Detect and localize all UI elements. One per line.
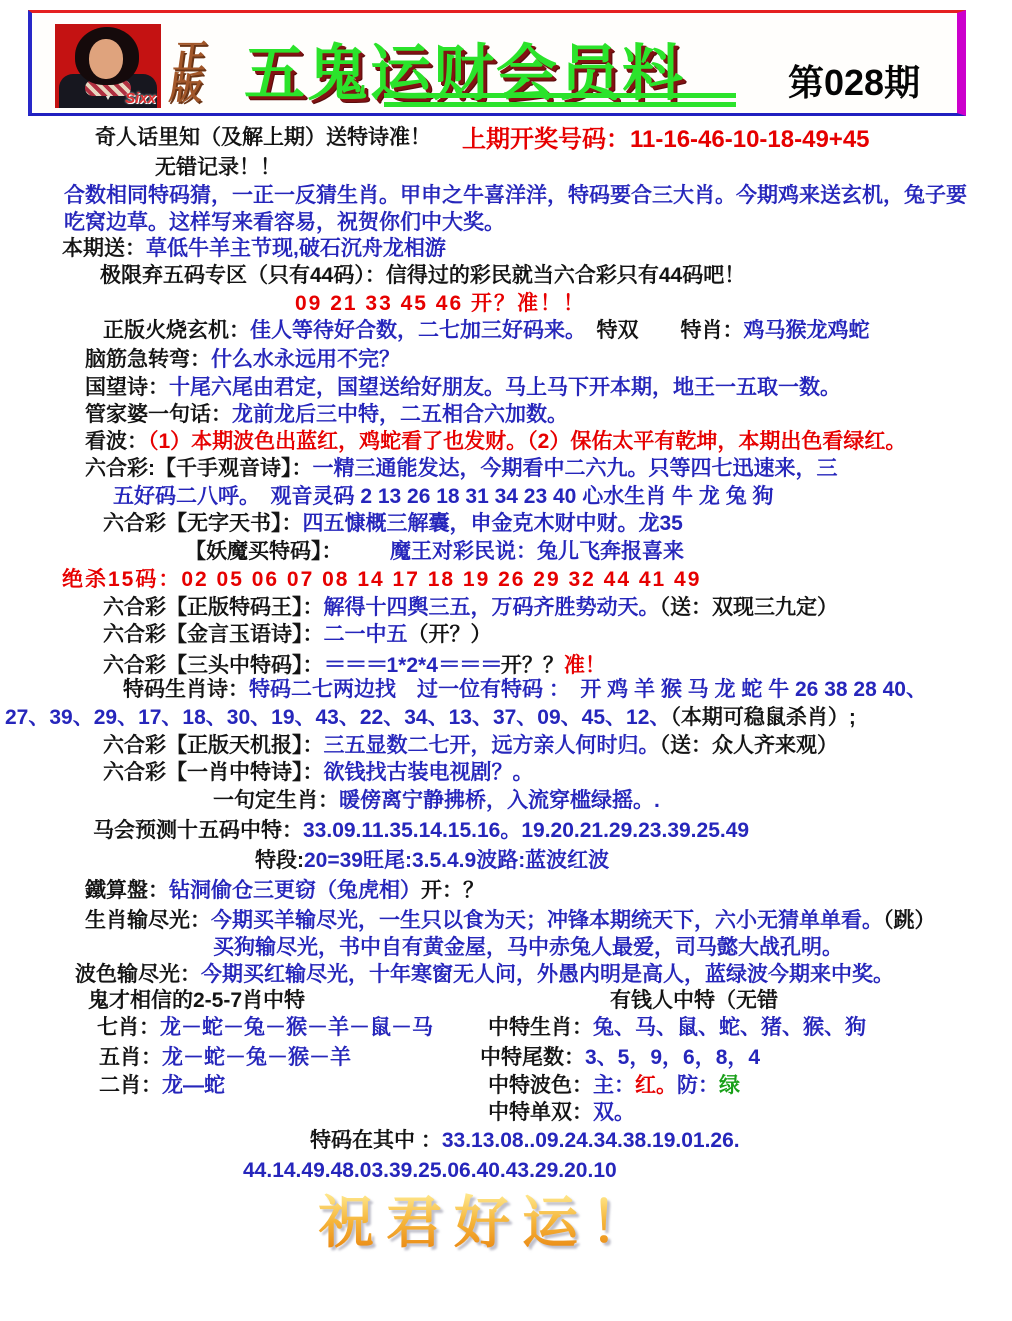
content-line: 绝杀15码：02 05 06 07 08 14 17 18 19 26 29 3… [0, 567, 1012, 595]
content-line: 五好码二八呼。 观音灵码 2 13 26 18 31 34 23 40 心水生肖… [0, 484, 1012, 511]
line-column: 六合彩【正版特码王】：解得十四舆三五，万码齐胜势动天。（送：双现三九定） [103, 595, 838, 621]
text-segment: 09 21 33 45 46 开？准！！ [295, 292, 586, 315]
text-segment: 二肖： [99, 1074, 162, 1097]
content-line: 祝君好运！ [0, 1190, 1012, 1290]
content-line: 脑筋急转弯：什么水永远用不完？ [0, 347, 1012, 375]
text-segment: （送：双现三九定） [660, 596, 839, 619]
text-segment: 中特单双： [488, 1101, 593, 1124]
text-segment: 六合彩【三头中特码】： [103, 654, 324, 677]
text-segment: 三五显数二七开，远方亲人何时归。 [324, 734, 660, 757]
text-segment: 【妖魔买特码】： [185, 540, 343, 563]
line-column: 绝杀15码：02 05 06 07 08 14 17 18 19 26 29 3… [62, 567, 701, 593]
content-line: 马会预测十五码中特：33.09.11.35.14.15.16。19.20.21.… [0, 818, 1012, 848]
text-segment: 开？？ [501, 654, 564, 677]
text-segment: 生肖输尽光： [85, 909, 211, 932]
line-column: 吃窝边草。这样写来看容易，祝贺你们中大奖。 [64, 210, 505, 236]
text-segment: 什么水永远用不完？ [211, 348, 400, 371]
line-column: 中特单双：双。 [488, 1100, 635, 1126]
line-column: 上期开奖号码：11-16-46-10-18-49+45 [462, 125, 870, 154]
text-segment: （送：众人齐来观） [660, 734, 839, 757]
title-underline [384, 93, 736, 98]
photo-watermark: Sixx [125, 90, 156, 107]
text-segment: 20=39旺尾:3.5.4.9波路:蓝波红波 [304, 849, 609, 872]
text-segment: 兔、马、鼠、蛇、猪、猴、狗 [593, 1016, 866, 1039]
text-segment: 开：？ [421, 879, 484, 902]
content-line: 27、39、29、17、18、30、19、43、22、34、13、37、09、4… [0, 705, 1012, 733]
text-segment: 33.09.11.35.14.15.16。19.20.21.29.23.39.2… [303, 819, 749, 842]
line-column: 09 21 33 45 46 开？准！！ [295, 291, 586, 317]
text-segment: 无错记录！！ [155, 156, 281, 179]
line-column: 一句定生肖：暖傍离宁静拂桥，入流穿槛绿摇。. [213, 788, 660, 814]
text-segment: 龙－蛇－兔－猴－羊 [162, 1046, 351, 1069]
text-segment: （跳） [883, 909, 936, 932]
text-segment: 今期买红输尽光，十年寒窗无人问，外愚内明是高人，蓝绿波今期来中奖。 [201, 963, 894, 986]
content-line: 特段:20=39旺尾:3.5.4.9波路:蓝波红波 [0, 848, 1012, 878]
text-segment: 买狗输尽光，书中自有黄金屋，马中赤兔人最爱，司马懿大战孔明。 [213, 936, 843, 959]
line-column: 看波：（1）本期波色出蓝红，鸡蛇看了也发财。（2）保佑太平有乾坤，本期出色看绿红… [85, 429, 906, 455]
text-segment: 六合彩【无字天书】： [103, 512, 303, 535]
content-line: 二肖：龙—蛇中特波色：主：红。防：绿 [0, 1073, 1012, 1100]
line-column: 特码在其中 ：33.13.08..09.24.34.38.19.01.26. [310, 1128, 740, 1154]
text-segment: 波色输尽光： [75, 963, 201, 986]
text-segment: 奇人话里知（及解上期）送特诗准！ [95, 126, 431, 149]
text-segment: （开？） [408, 623, 492, 646]
content-line: 六合彩【一肖中特诗】：欲钱找古装电视剧？。 [0, 760, 1012, 788]
line-column: 中特尾数：3、5，9，6，8，4 [480, 1045, 760, 1071]
text-segment: 一精三通能发达，今期看中二六九。只等四七迅速来，三 [313, 457, 838, 480]
text-segment: 今期买羊输尽光，一生只以食为天；冲锋本期统天下，六小无猜单单看。 [211, 909, 883, 932]
text-segment: （本期可稳鼠杀肖）; [670, 706, 856, 729]
title-underline [384, 102, 736, 107]
text-segment: 防： [677, 1074, 719, 1097]
line-column: 买狗输尽光，书中自有黄金屋，马中赤兔人最爱，司马懿大战孔明。 [213, 935, 843, 961]
text-segment: 红。 [635, 1074, 677, 1097]
text-segment: 特段: [255, 849, 304, 872]
text-segment: 国望诗： [85, 376, 169, 399]
content-line: 吃窝边草。这样写来看容易，祝贺你们中大奖。 [0, 210, 1012, 236]
line-column: 魔王对彩民说：兔儿飞奔报喜来 [390, 539, 684, 565]
text-segment: 绿 [719, 1074, 740, 1097]
host-photo: Sixx [55, 24, 161, 108]
line-column: 27、39、29、17、18、30、19、43、22、34、13、37、09、4… [5, 705, 856, 731]
line-column: 马会预测十五码中特：33.09.11.35.14.15.16。19.20.21.… [93, 818, 749, 844]
text-segment: 解得十四舆三五，万码齐胜势动天。 [324, 596, 660, 619]
line-column: 国望诗：十尾六尾由君定，国望送给好朋友。马上马下开本期，地王一五取一数。 [85, 375, 841, 401]
text-segment: 四五慷概三解囊，申金克木财中财。龙35 [303, 512, 683, 535]
authenticity-stamp: 正版 [168, 41, 217, 103]
text-segment: 五肖： [99, 1046, 162, 1069]
text-segment: 鬼才相信的2-5-7肖中特 [88, 989, 305, 1012]
content-line: 极限弃五码专区（只有44码）：信得过的彩民就当六合彩只有44码吧！ [0, 263, 1012, 291]
text-segment: 欲钱找古装电视剧？。 [324, 761, 534, 784]
line-column: 二肖：龙—蛇 [99, 1073, 225, 1099]
content-line: 【妖魔买特码】：魔王对彩民说：兔儿飞奔报喜来 [0, 539, 1012, 567]
text-segment: 绝杀15码：02 05 06 07 08 14 17 18 19 26 29 3… [62, 568, 701, 591]
text-segment: 鐵算盤： [85, 879, 169, 902]
content-lines: 奇人话里知（及解上期）送特诗准！上期开奖号码：11-16-46-10-18-49… [0, 125, 1012, 1290]
content-line: 管家婆一句话：龙前龙后三中特，二五相合六加数。 [0, 402, 1012, 429]
text-segment: 钻洞偷仓三更窃（兔虎相） [169, 879, 421, 902]
text-segment: 主： [593, 1074, 635, 1097]
text-segment: ＝＝＝ [438, 651, 501, 677]
photo-face [89, 39, 123, 79]
page-title: 五鬼运财会员料 [244, 25, 685, 112]
content-line: 六合彩:【千手观音诗】：一精三通能发达，今期看中二六九。只等四七迅速来，三 [0, 456, 1012, 484]
text-segment: 特双 特肖： [576, 319, 744, 342]
text-segment: 正版火烧玄机： [103, 319, 250, 342]
text-segment: 六合彩【一肖中特诗】： [103, 761, 324, 784]
text-segment: 3、5，9，6，8，4 [585, 1046, 760, 1069]
text-segment: 脑筋急转弯： [85, 348, 211, 371]
text-segment: 极限弃五码专区（只有44码）：信得过的彩民就当六合彩只有44码吧！ [100, 264, 745, 287]
text-segment: 中特波色： [488, 1074, 593, 1097]
content-line: 六合彩【金言玉语诗】：二一中五（开？） [0, 622, 1012, 650]
line-column: 中特波色：主：红。防：绿 [488, 1073, 740, 1099]
line-column: 无错记录！！ [155, 155, 281, 181]
line-column: 鬼才相信的2-5-7肖中特 [88, 988, 305, 1014]
content-line: 国望诗：十尾六尾由君定，国望送给好朋友。马上马下开本期，地王一五取一数。 [0, 375, 1012, 402]
text-segment: 1*2*4 [387, 654, 438, 677]
content-line: 六合彩【三头中特码】：＝＝＝1*2*4＝＝＝开？？准！ [0, 650, 1012, 677]
text-segment: 33.13.08..09.24.34.38.19.01.26. [442, 1129, 740, 1152]
edition-number: 第028期 [788, 55, 920, 106]
content-line: 无错记录！！ [0, 155, 1012, 183]
text-segment: 有钱人中特（无错 [610, 989, 778, 1012]
text-segment: 魔王对彩民说：兔儿飞奔报喜来 [390, 540, 684, 563]
line-column: 六合彩【金言玉语诗】：二一中五（开？） [103, 622, 492, 648]
text-segment: 特码二七两边找 过一位有特码 ： 开 鸡 羊 猴 马 龙 蛇 牛 26 38 2… [249, 678, 927, 701]
content-line: 正版火烧玄机：佳人等待好合数，二七加三好码来。 特双 特肖：鸡马猴龙鸡蛇 [0, 318, 1012, 347]
page: { "header": { "stamp": "正版", "title": "五… [0, 0, 1012, 1321]
line-column: 七肖：龙－蛇－兔－猴－羊－鼠－马 [97, 1015, 433, 1041]
line-column: 脑筋急转弯：什么水永远用不完？ [85, 347, 400, 373]
line-column: 祝君好运！ [318, 1190, 658, 1258]
line-column: 44.14.49.48.03.39.25.06.40.43.29.20.10 [243, 1158, 617, 1184]
text-segment: 鸡马猴龙鸡蛇 [744, 319, 870, 342]
line-column: 中特生肖：兔、马、鼠、蛇、猪、猴、狗 [488, 1015, 866, 1041]
text-segment: 龙－蛇－兔－猴－羊－鼠－马 [160, 1016, 433, 1039]
content-line: 六合彩【无字天书】：四五慷概三解囊，申金克木财中财。龙35 [0, 511, 1012, 539]
content-line: 五肖：龙－蛇－兔－猴－羊中特尾数：3、5，9，6，8，4 [0, 1045, 1012, 1073]
text-segment: 44.14.49.48.03.39.25.06.40.43.29.20.10 [243, 1159, 617, 1182]
line-column: 生肖输尽光：今期买羊输尽光，一生只以食为天；冲锋本期统天下，六小无猜单单看。（跳… [85, 908, 936, 934]
text-segment: 七肖： [97, 1016, 160, 1039]
text-segment: 看波： [85, 430, 148, 453]
masthead: Sixx 正版 五鬼运财会员料 第028期 [28, 10, 966, 116]
text-segment: 准！ [564, 654, 606, 677]
content-line: 本期送：草低牛羊主节现,破石沉舟龙相游 [0, 236, 1012, 263]
line-column: 六合彩:【千手观音诗】：一精三通能发达，今期看中二六九。只等四七迅速来，三 [85, 456, 838, 482]
line-column: 六合彩【正版天机报】：三五显数二七开，远方亲人何时归。（送：众人齐来观） [103, 733, 838, 759]
text-segment: 六合彩【正版特码王】： [103, 596, 324, 619]
text-segment: 五好码二八呼。 观音灵码 2 13 26 18 31 34 23 40 心水生肖… [113, 485, 774, 508]
line-column: 管家婆一句话：龙前龙后三中特，二五相合六加数。 [85, 402, 568, 428]
text-segment: 一句定生肖： [213, 789, 339, 812]
line-column: 有钱人中特（无错 [610, 988, 778, 1014]
line-column: 本期送：草低牛羊主节现,破石沉舟龙相游 [62, 236, 446, 262]
content-line: 六合彩【正版特码王】：解得十四舆三五，万码齐胜势动天。（送：双现三九定） [0, 595, 1012, 622]
text-segment: 暖傍离宁静拂桥，入流穿槛绿摇。. [339, 789, 660, 812]
text-segment: 六合彩:【千手观音诗】： [85, 457, 313, 480]
text-segment: 龙前龙后三中特，二五相合六加数。 [232, 403, 568, 426]
text-segment: 龙—蛇 [162, 1074, 225, 1097]
text-segment: 吃窝边草。这样写来看容易，祝贺你们中大奖。 [64, 211, 505, 234]
text-segment: 特码生肖诗： [123, 678, 249, 701]
text-segment: 上期开奖号码：11-16-46-10-18-49+45 [462, 126, 870, 153]
line-column: 六合彩【三头中特码】：＝＝＝1*2*4＝＝＝开？？准！ [103, 650, 606, 679]
line-column: 波色输尽光：今期买红输尽光，十年寒窗无人问，外愚内明是高人，蓝绿波今期来中奖。 [75, 962, 894, 988]
text-segment: 中特尾数： [480, 1046, 585, 1069]
content-line: 鐵算盤：钻洞偷仓三更窃（兔虎相）开：？ [0, 878, 1012, 908]
content-line: 鬼才相信的2-5-7肖中特有钱人中特（无错 [0, 988, 1012, 1015]
text-segment: 27、39、29、17、18、30、19、43、22、34、13、37、09、4… [5, 706, 670, 729]
content-line: 奇人话里知（及解上期）送特诗准！上期开奖号码：11-16-46-10-18-49… [0, 125, 1012, 155]
content-line: 合数相同特码猜，一正一反猜生肖。甲申之牛喜洋洋，特码要合三大肖。今期鸡来送玄机，… [0, 183, 1012, 210]
line-column: 【妖魔买特码】： [185, 539, 343, 565]
text-segment: 佳人等待好合数，二七加三好码来。 [250, 319, 576, 342]
text-segment: ＝＝＝ [324, 651, 387, 677]
content-line: 中特单双：双。 [0, 1100, 1012, 1128]
content-line: 波色输尽光：今期买红输尽光，十年寒窗无人问，外愚内明是高人，蓝绿波今期来中奖。 [0, 962, 1012, 988]
line-column: 五肖：龙－蛇－兔－猴－羊 [99, 1045, 351, 1071]
text-segment: 双。 [593, 1101, 635, 1124]
content-line: 七肖：龙－蛇－兔－猴－羊－鼠－马中特生肖：兔、马、鼠、蛇、猪、猴、狗 [0, 1015, 1012, 1045]
text-segment: 草低牛羊主节现,破石沉舟龙相游 [146, 237, 446, 260]
content-line: 09 21 33 45 46 开？准！！ [0, 291, 1012, 318]
text-segment: 祝君好运！ [318, 1193, 658, 1255]
content-line: 一句定生肖：暖傍离宁静拂桥，入流穿槛绿摇。. [0, 788, 1012, 818]
content-line: 看波：（1）本期波色出蓝红，鸡蛇看了也发财。（2）保佑太平有乾坤，本期出色看绿红… [0, 429, 1012, 456]
text-segment: 马会预测十五码中特： [93, 819, 303, 842]
line-column: 六合彩【无字天书】：四五慷概三解囊，申金克木财中财。龙35 [103, 511, 683, 537]
line-column: 正版火烧玄机：佳人等待好合数，二七加三好码来。 特双 特肖：鸡马猴龙鸡蛇 [103, 318, 870, 344]
text-segment: 管家婆一句话： [85, 403, 232, 426]
text-segment: 中特生肖： [488, 1016, 593, 1039]
content-line: 买狗输尽光，书中自有黄金屋，马中赤兔人最爱，司马懿大战孔明。 [0, 935, 1012, 962]
line-column: 合数相同特码猜，一正一反猜生肖。甲申之牛喜洋洋，特码要合三大肖。今期鸡来送玄机，… [64, 183, 967, 209]
text-segment: 六合彩【金言玉语诗】： [103, 623, 324, 646]
text-segment: （1）本期波色出蓝红，鸡蛇看了也发财。（2）保佑太平有乾坤，本期出色看绿红。 [148, 430, 906, 453]
line-column: 五好码二八呼。 观音灵码 2 13 26 18 31 34 23 40 心水生肖… [113, 484, 774, 510]
content-line: 六合彩【正版天机报】：三五显数二七开，远方亲人何时归。（送：众人齐来观） [0, 733, 1012, 760]
text-segment: 六合彩【正版天机报】： [103, 734, 324, 757]
text-segment: 合数相同特码猜，一正一反猜生肖。甲申之牛喜洋洋，特码要合三大肖。今期鸡来送玄机，… [64, 184, 967, 207]
line-column: 极限弃五码专区（只有44码）：信得过的彩民就当六合彩只有44码吧！ [100, 263, 745, 289]
text-segment: 二一中五 [324, 623, 408, 646]
line-column: 奇人话里知（及解上期）送特诗准！ [95, 125, 431, 151]
content-line: 44.14.49.48.03.39.25.06.40.43.29.20.10 [0, 1158, 1012, 1190]
line-column: 特段:20=39旺尾:3.5.4.9波路:蓝波红波 [255, 848, 609, 874]
content-line: 特码在其中 ：33.13.08..09.24.34.38.19.01.26. [0, 1128, 1012, 1158]
text-segment: 十尾六尾由君定，国望送给好朋友。马上马下开本期，地王一五取一数。 [169, 376, 841, 399]
line-column: 六合彩【一肖中特诗】：欲钱找古装电视剧？。 [103, 760, 534, 786]
text-segment: 特码在其中 ： [310, 1129, 442, 1152]
line-column: 鐵算盤：钻洞偷仓三更窃（兔虎相）开：？ [85, 878, 484, 904]
text-segment: 本期送： [62, 237, 146, 260]
content-line: 特码生肖诗：特码二七两边找 过一位有特码 ： 开 鸡 羊 猴 马 龙 蛇 牛 2… [0, 677, 1012, 705]
line-column: 特码生肖诗：特码二七两边找 过一位有特码 ： 开 鸡 羊 猴 马 龙 蛇 牛 2… [123, 677, 927, 703]
content-line: 生肖输尽光：今期买羊输尽光，一生只以食为天；冲锋本期统天下，六小无猜单单看。（跳… [0, 908, 1012, 935]
